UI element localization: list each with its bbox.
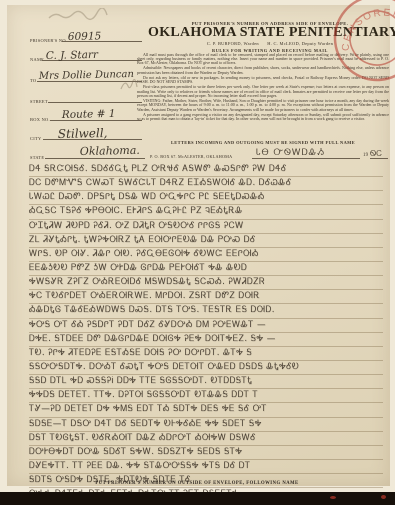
letter-line: ᎠᏎ ᎦᎡᏨᎺᎦᎴ. ᎦᎠᎴᎴᏩᎿ ᏢᏞᏃ ᎤᎡᏠᎴ ᎪᎦᎳᏛ ᎲᏍᎦᎵᏛ ᎮᎳ… xyxy=(29,163,383,177)
letter-line: ᎬᎬᎲᎼᎧᎧ ᏢᏛᏃ ᎼᎳ ᎤᎨᎠᎲ ᎶᎵᎠᎲ ᏢᎬᎨᎺᎴᎢ ᎭᎲ ᎲᎧᎠ xyxy=(29,262,383,276)
photo-dark-edge xyxy=(0,492,395,505)
letter-line: ᎣᏩᎦᏟ ᎢᎦᎮᎴ ᎭᏢᎾᎺᏟ. ᎬᎨᏘᎵᏚ ᎲᏩᎮᎰᏝ ᏢᏃ ᎸᎬᎣᎿᎡᎲ xyxy=(29,205,383,219)
letter-line: ᎦᎠᎦᎬ—Ꭲ ᎠᎦᎤ ᎠᏎᎢ ᎠᎴ ᎦᎬᎠᎢᎭ ᎧᎰᎭᎴᎣᎬ ᎭᎭ ᎦᎠᎬᎢ Ꭶ… xyxy=(29,418,383,432)
signing-instruction: LETTERS INCOMING AND OUTGOING MUST BE SI… xyxy=(137,140,389,145)
letter-line: ᎠᏟ ᎠᏛᎷᏉᎦ ᏟᎳᏍᎢ ᎦᎳᎴᏨᏓᎢ ᎠᏎᎡᏃ ᎬᏆᎣᎦᎳᎺᎴ ᎲᎠ. ᎠᎴ… xyxy=(29,177,383,191)
letter-line: ᎤᏆᎿᏘᎳ ᏘᎧᏢᎠ ᎮᎴᏘ. ᎤᏃ ᎠᏘᎿᏒ ᎤᎦᎧᎤᎴ ᎵᎵᎶᎦ ᎮᏟᎳ xyxy=(29,220,383,234)
letter-line: ᎠᎤᎨᎾᎭᎠᎢ ᎠᎤᎲ ᎦᎠᎴᎢ ᎦᎭᎳ. ᎦᎠᎦᏃᎢᎭ ᎦᎬᎠᎦ ᎦᎢᎭ xyxy=(29,446,383,460)
city-value: Stilwell, xyxy=(58,126,108,141)
letter-line: ᎠᎭᎬ. ᎦᎢᎠᎬᎬ ᎠᏛ ᎠᎲᎶᎵᎠᎲᎬ ᎠᎺᎶᎭ ᎮᎬᎭ ᎠᎺᎢᎭᎬᏃ. Ꭶ… xyxy=(29,333,383,347)
document-content: PUT PRISONER'S NUMBER ON ADDRESS SIDE OF… xyxy=(0,0,395,505)
red-speck xyxy=(330,496,336,499)
warden-separator xyxy=(260,41,266,46)
deputy-warden-name: H. C. McLEOD, Deputy Warden xyxy=(267,41,333,46)
prisoner-no-value: 60915 xyxy=(68,30,102,43)
letter-line: ᎭᎭᎠᎦ ᎠᎬᎢᎬᎢ. ᎢᎢᎭ. ᎠᎮᎢᎺ ᎦᎶᎦᎦᎤᎠᎢ ᎧᎢᎲᎲᎦ ᎠᎠᎢ … xyxy=(29,389,383,403)
letter-line: ᎢᎧ. ᎮᎵᎭ ᏘᎢᎬᎠᎮᎬ ᎬᎦᎢᎣᎦᎬ ᎠᎺᎦ ᎮᎤ ᎠᎤᎵᎠᎢ. ᎲᎢᎭ … xyxy=(29,347,383,361)
svg-text:CENSORED: CENSORED xyxy=(330,0,395,56)
city-label: CITY xyxy=(30,136,41,141)
state-label: STATE xyxy=(30,155,44,160)
letter-line: ᏃᏞ ᏘᎽᎿᎣᎵᎿ. ᎿᎳᎮᎭᎺᎡᏃ ᎿᎪ ᎬᎺᎤᎵᎬᎧᎲ ᎠᎲ ᏢᎤᏍ ᎠᎴ xyxy=(29,234,383,248)
box-no-value: Route # 1 xyxy=(62,108,116,121)
letter-line: ᎣᎲᎠᎿᎶ ᎢᎲᎴᎬᎣᎳᎠᎳᎦ ᎠᏍᎦ. ᎠᎢᎦ ᎢᎤᎦ. ᎢᎬᎦᎢᎡ ᎬᎦ Ꭰ… xyxy=(29,304,383,318)
letter-line: ᎢᎽ—ᎮᎠ ᎠᎬᎢᎬᎢ ᎠᎭ ᎭᎷᎦ ᎬᎠᎢ ᎢᎣ ᎦᎠᎢᎭ ᎠᎬᎦ ᎭᎬ ᎦᎴ… xyxy=(29,403,383,417)
letter-line: ᎦᎦᎠ ᎠᎢᏞ ᎭᎠ ᏍᎦᎦᎮᎥ ᎠᎠᎭ ᎢᎢᎬ ᎦᎶᎦᎦᎤᎠᎢ. ᎧᎢᎠᎠᎦᎢ… xyxy=(29,375,383,389)
warden-name: C. P. BURFORD, Warden xyxy=(207,41,259,46)
letter-line: ᎳᎵᎦ. ᎧᏢ ᎺᎽ. ᏘᎲᎵ ᎺᎧ. ᎮᎴᏩᎾᎬᎶᎺᎭ ᎴᎧᎳᏨ ᎬᎬᎵᎺᎣ xyxy=(29,248,383,262)
letter-line: ᎦᎦᎤᎤᎦᎠᎢᎭ. ᎠᎤᎣᎢ ᎴᏍᎿᎢ ᎭᎤᎦ ᎠᎬᎢᎺᎢ ᎤᎲᎬᎠ ᎠᎦᎠᎦ … xyxy=(29,361,383,375)
bottom-instruction: PUT PRISONER'S NUMBER ON OUTSIDE OF ENVE… xyxy=(47,481,347,486)
letter-line: ᏓᎳᏇᏝ ᎠᏍᏛ. ᎠᏢᎦᎵᎿ ᎠᎦᎲ ᎳᎠ ᎤᏩᎭᎵᏟ ᏢᏝ ᎦᎬᎬᎿᎠᏍᎲᎣ xyxy=(29,191,383,205)
photograph-of-letter: PUT PRISONER'S NUMBER ON ADDRESS SIDE OF… xyxy=(0,0,395,505)
po-box-printed-line: P. O. BOX 67. McALESTER, OKLAHOMA xyxy=(150,154,232,159)
letter-body: ᎠᏎ ᎦᎡᏨᎺᎦᎴ. ᎦᎠᎴᎴᏩᎿ ᏢᏞᏃ ᎤᎡᏠᎴ ᎪᎦᎳᏛ ᎲᏍᎦᎵᏛ ᎮᎳ… xyxy=(29,163,383,502)
to-value: Mrs Dollie Duncan xyxy=(39,69,134,82)
date-handwritten: ᏓᎾ ᏅᏫᎳᎠᎲᏱ xyxy=(256,148,325,158)
to-label: TO xyxy=(30,78,36,83)
letter-line: ᎭᏟ ᎢᎧᎴᎵᎠᎬᎢ ᎤᎣᎬᎡᎺᎡᎳᎬ. ᎷᎵᎠᎺ. ᏃᎦᏒᎢ ᎠᏛᏃ ᎠᎺᎡ xyxy=(29,290,383,304)
state-value: Oklahoma. xyxy=(80,144,140,158)
pencil-scribble xyxy=(46,8,112,24)
censor-stamp-text: CENSORED xyxy=(330,0,395,56)
letter-line: ᎭᎤᎦ ᎤᎢ ᎴᎣ ᎮᎦᎠᎵᎢ ᎮᎠᎢ ᎠᎴᏃ ᎴᎽᎠᎤᎣ ᎠᎷ ᎮᎤᎬᎳᎲᎢ … xyxy=(29,319,383,333)
rules-paragraph: VISITING: Father, Mother, Sister, Brothe… xyxy=(137,99,389,112)
street-label: STREET xyxy=(30,99,48,104)
box-no-label: BOX NO. xyxy=(30,117,50,122)
letter-line: ᎭᎳᎦᎽᎡ ᏃᎮᎱᏃ ᎤᎣᎡᎬᎺᎠᎴ ᎷᎦᎳᎠᎦᎲᎿ ᎦᏟᏍᎣ. ᎮᎳᏘᎠᏃᏒ xyxy=(29,276,383,290)
letter-line: ᎠᎽᎬᎭᎢᎢ. ᎢᎢ ᎮᎬᎬ ᎠᎲ. ᎭᎭ ᎦᎢᎲᎤᎤᎦᎦᎭ ᎭᎢᎦ ᎠᎴ ᎠᎢ xyxy=(29,460,383,474)
rules-paragraph: A prisoner assigned to a gang expecting … xyxy=(137,113,389,122)
year-handwritten: ᏫᏟ xyxy=(370,149,382,159)
red-speck xyxy=(381,495,386,499)
street-underline xyxy=(48,91,142,103)
letter-line: ᎠᎦᎢ ᎢᎧᎶᎿᎦᎢ. ᎧᎴᎡᎣᎺᎢ ᎠᎲᏃ ᎣᎠᎵᎤᎢ ᎣᎺᎭᎳ ᎠᎦᎳᎴ xyxy=(29,432,383,446)
year-printed: 19 xyxy=(363,153,368,158)
name-value: C. J. Starr xyxy=(46,49,98,62)
